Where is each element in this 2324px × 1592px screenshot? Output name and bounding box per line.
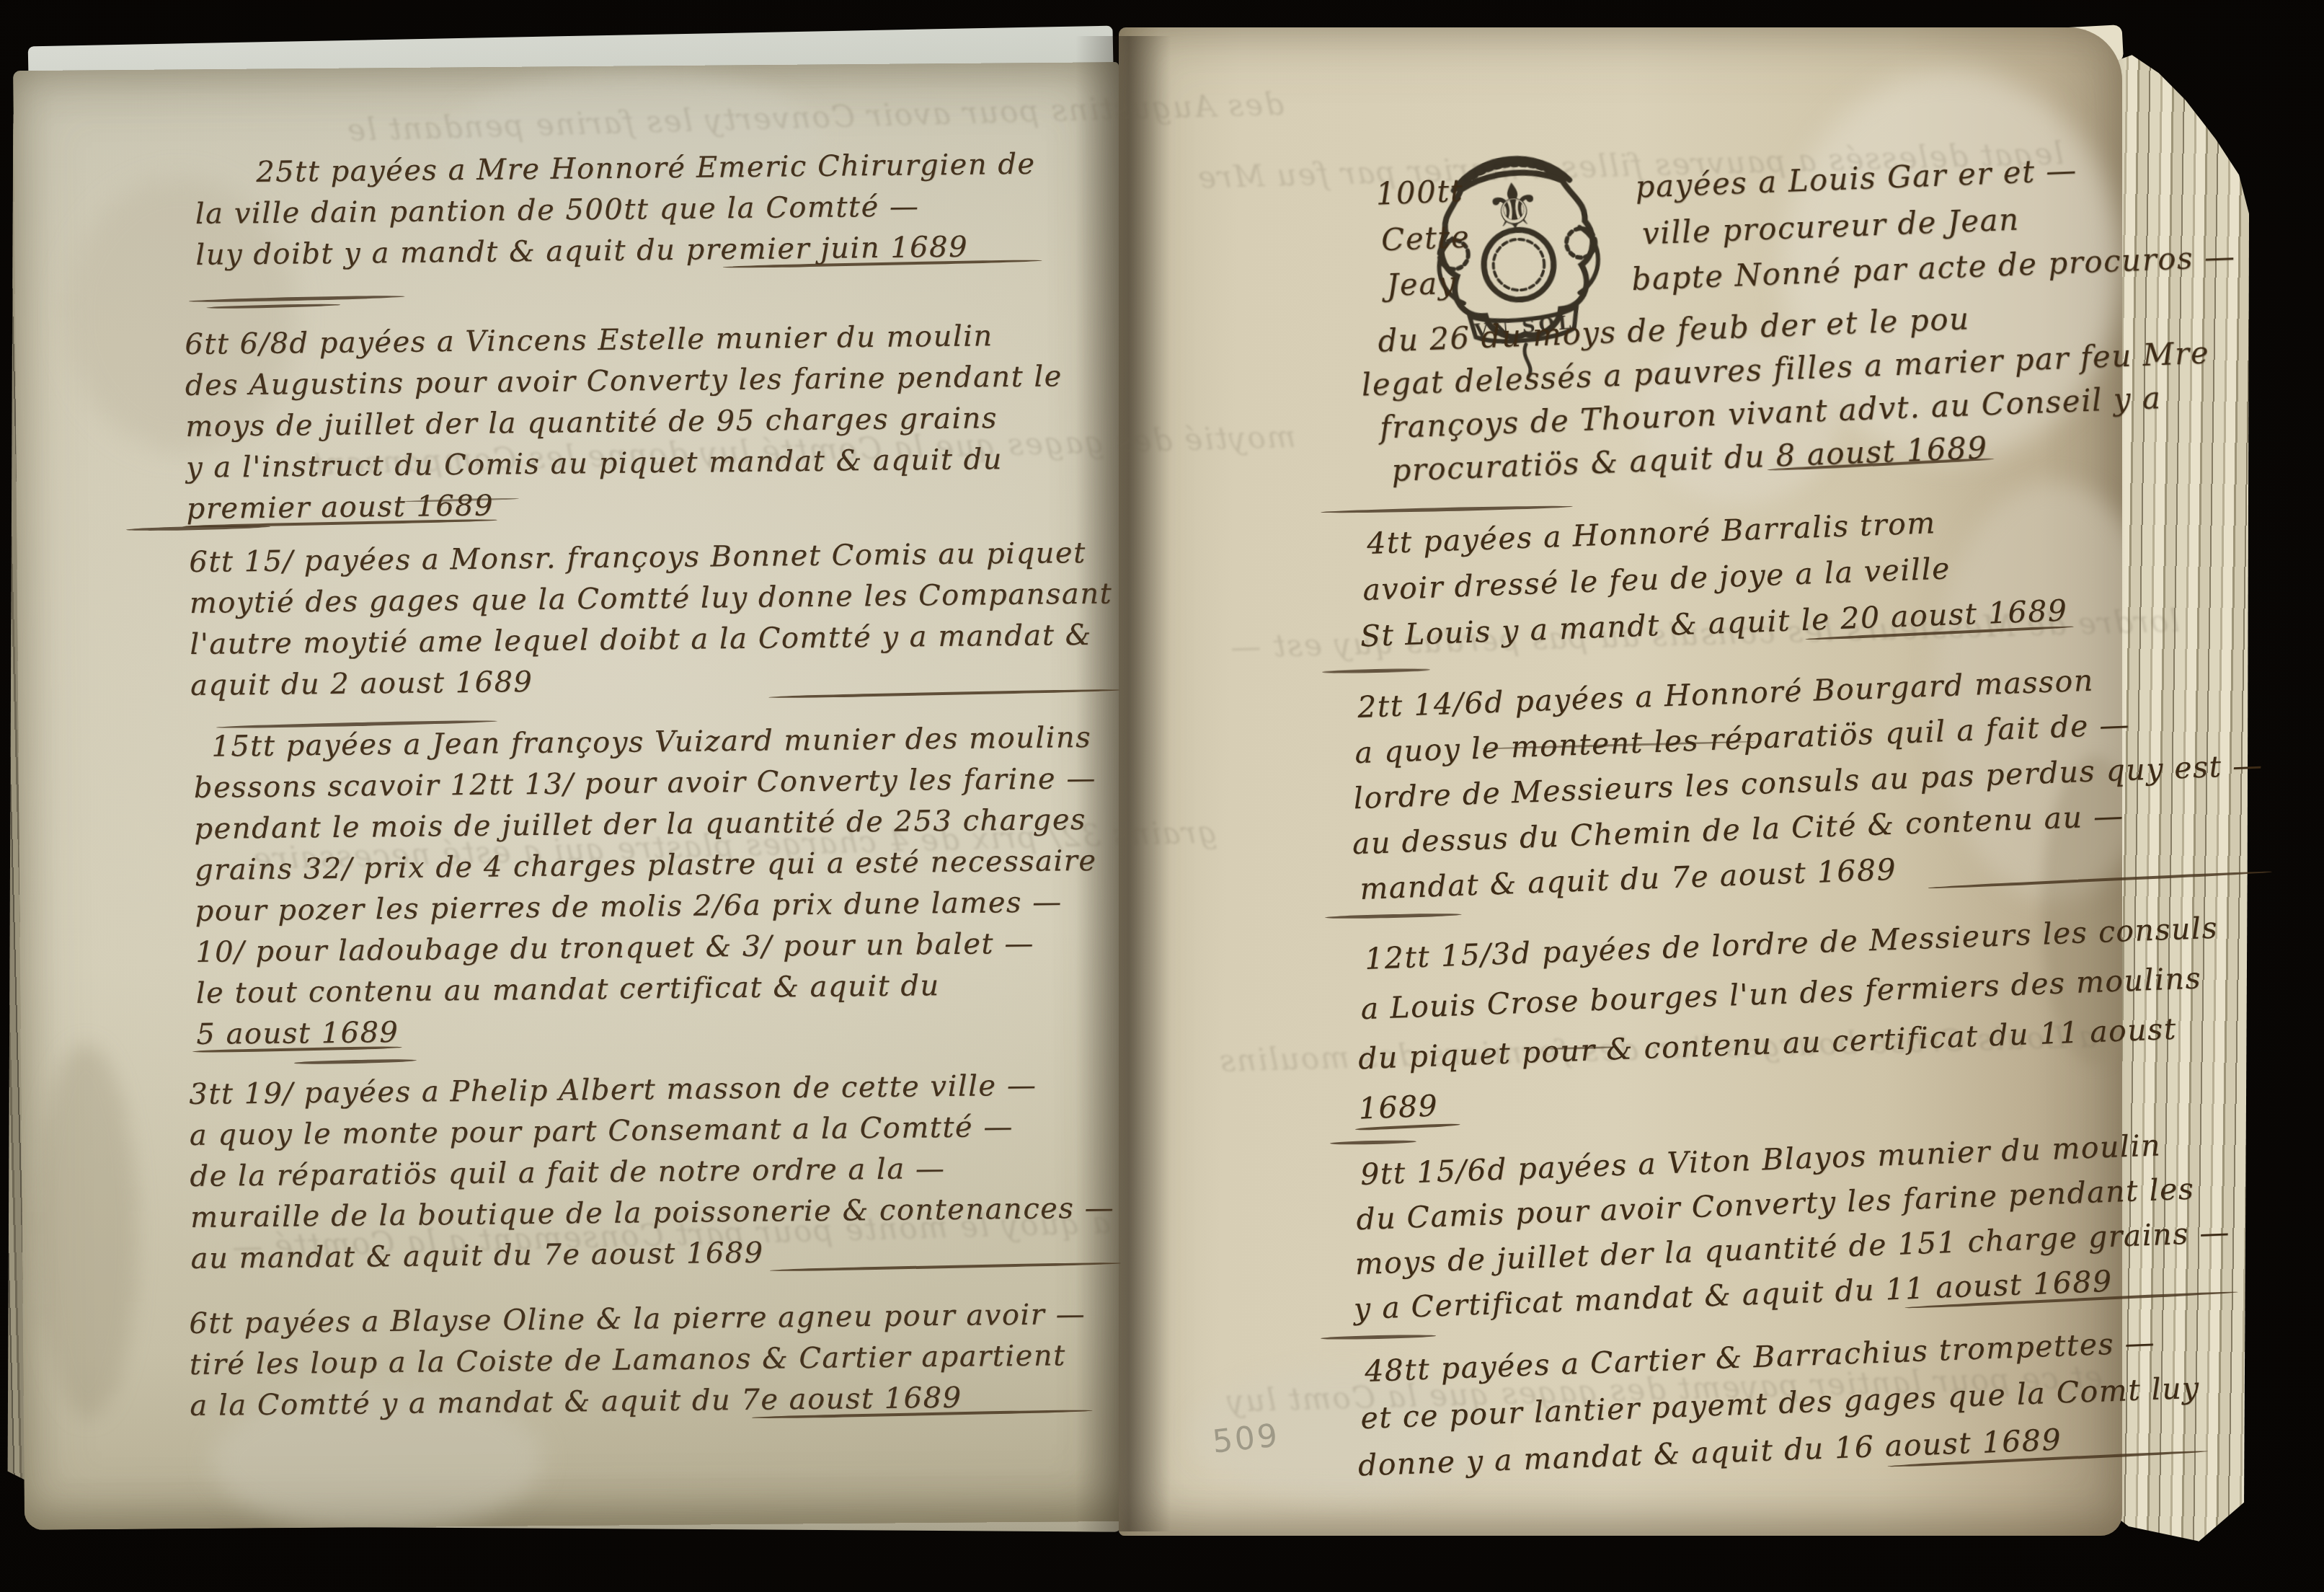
entry-line: Cette (1380, 219, 1471, 258)
entry-line: 100tt (1375, 173, 1464, 212)
entry-line: 1689 (1358, 1080, 1460, 1133)
ledger-entry: 15tt payées a Jean françoys Vuizard muni… (193, 717, 1099, 1056)
entry-line: luy doibt y a mandt & aquit du premier j… (195, 226, 1037, 276)
ledger-entry: 4tt payées a Honnoré Barralis trom avoir… (1366, 495, 2068, 659)
ledger-entry: 6tt 6/8d payées a Vincens Estelle munier… (185, 315, 1064, 530)
entry-line: y a l'instruct du Comis au piquet mandat… (186, 438, 1064, 489)
entry-line: 5 aoust 1689 (196, 1012, 399, 1056)
pencil-folio-number: 509 (1211, 1417, 1282, 1460)
entry-line: premier aoust 1689 (186, 486, 489, 530)
entry-line: Jeay (1386, 265, 1457, 304)
ledger-entry: 3tt 19/ payées a Phelip Albert masson de… (189, 1065, 1115, 1280)
ledger-entry: 12tt 15/3d payées de lordre de Messieurs… (1364, 903, 2225, 1133)
manuscript-photo: des Augustins pour avoir Converty les fa… (0, 0, 2324, 1592)
ledger-entry: 25tt payées a Mre Honnoré Emeric Chirurg… (195, 144, 1037, 276)
ledger-entry: 9tt 15/6d payées a Viton Blayos munier d… (1360, 1120, 2232, 1331)
entry-line: le tout contenu au mandat certificat & a… (196, 964, 1099, 1014)
ledger-entry: 6tt 15/ payées a Monsr. françoys Bonnet … (189, 533, 1114, 707)
entry-line: payées a Louis Gar er et — (1635, 152, 2078, 205)
paper-stain (35, 1043, 139, 1419)
fleur-de-lis-icon: ⚜ (1481, 167, 1545, 247)
entry-line: ville procureur de Jean (1641, 201, 2020, 251)
ledger-entry: 6tt payées a Blayse Oline & la pierre ag… (189, 1294, 1086, 1427)
ledger-entry: 2tt 14/6d payées a Honnoré Bourgard mass… (1357, 652, 2267, 912)
